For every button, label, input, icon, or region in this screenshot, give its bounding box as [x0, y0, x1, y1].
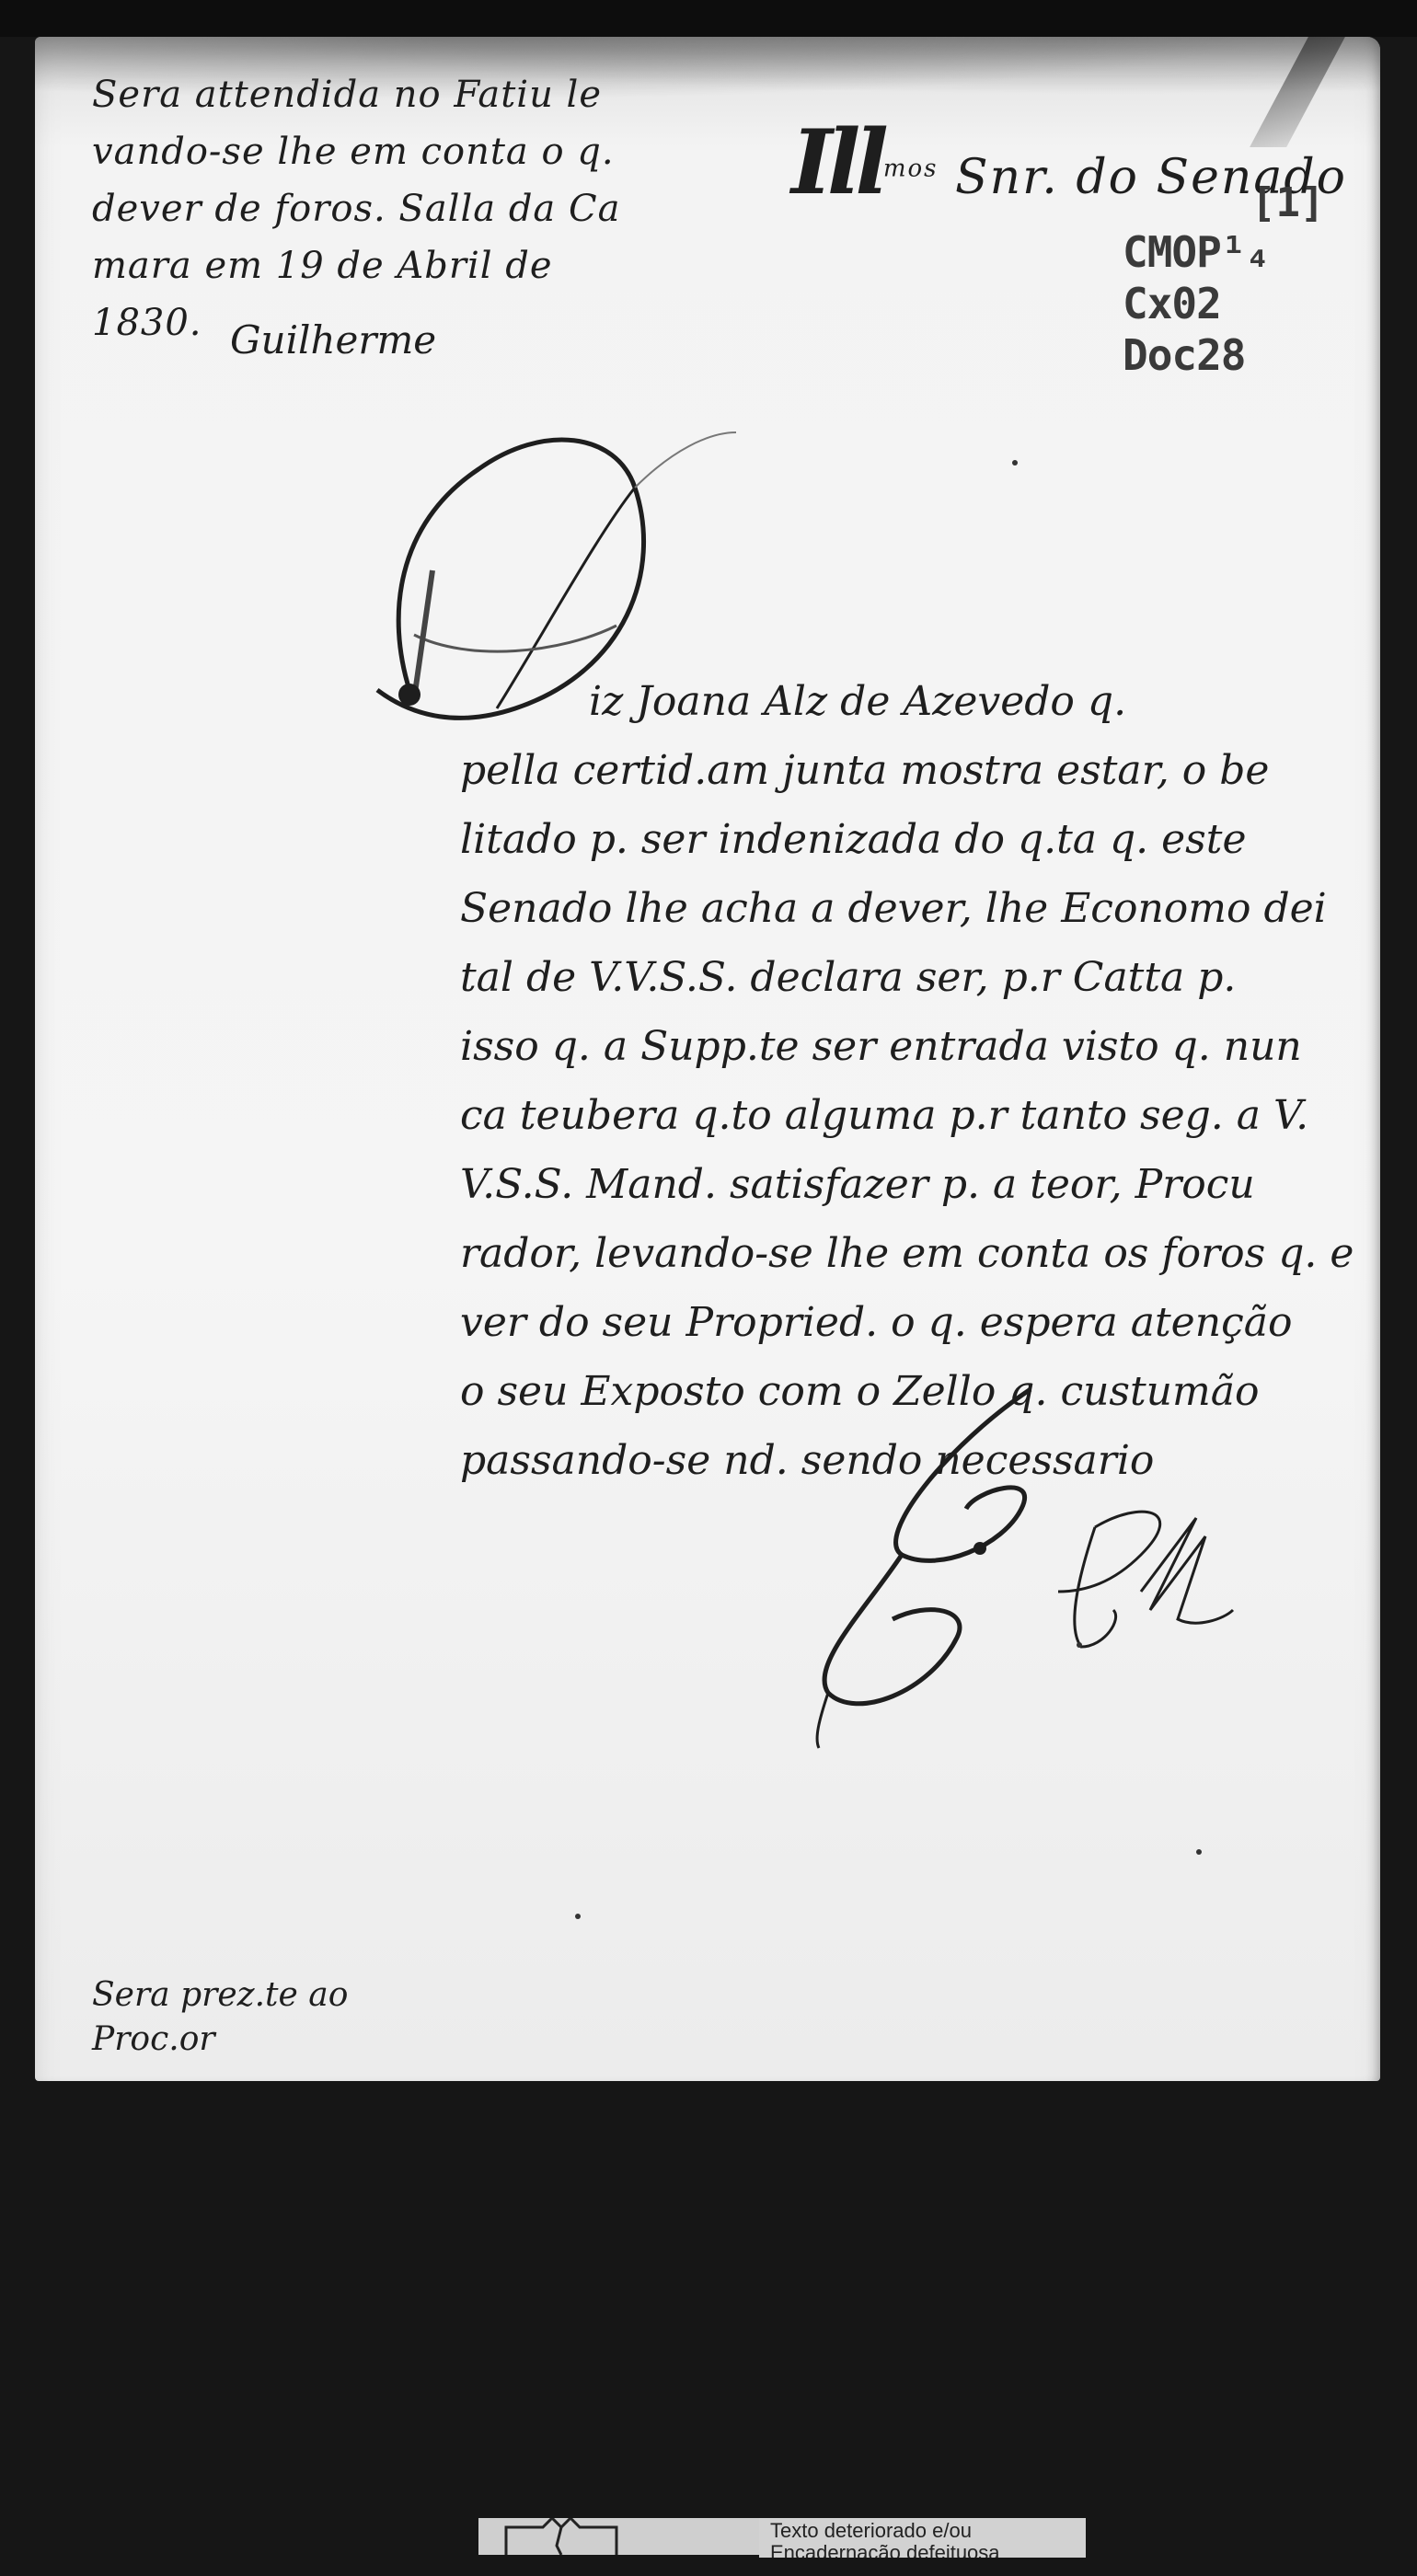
margin-note-signature: Guilherme	[230, 317, 436, 362]
broken-binding-icon	[478, 2518, 762, 2555]
archive-stamp: [1] CMOP¹₄ Cx02 Doc28	[1123, 179, 1324, 381]
microfilm-top-edge	[0, 0, 1417, 37]
margin-note-line: mara em 19 de Abril de	[92, 237, 620, 294]
footer-note-line: Proc.or	[92, 2018, 348, 2062]
body-line: ver do seu Propried. o q. espera atenção	[460, 1288, 1354, 1357]
margin-note-line: Sera attendida no Fatiu le	[92, 66, 620, 123]
paper-speck	[1012, 460, 1018, 466]
folio-number: [1]	[1251, 179, 1324, 226]
body-line: rador, levando-se lhe em conta os foros …	[460, 1219, 1354, 1288]
body-line: V.S.S. Mand. satisfazer p. a teor, Procu	[460, 1150, 1354, 1219]
salutation-superscript: mos	[883, 155, 939, 183]
margin-note-line: dever de foros. Salla da Ca	[92, 180, 620, 237]
paper-speck	[1196, 1849, 1202, 1855]
margin-note: Sera attendida no Fatiu le vando-se lhe …	[92, 66, 620, 351]
paper-speck	[575, 1914, 581, 1919]
label-text-box: Texto deteriorado e/ou Encadernação defe…	[759, 2518, 1086, 2559]
body-line: tal de V.V.S.S. declara ser, p.r Catta p…	[460, 943, 1354, 1012]
body-line: iz Joana Alz de Azevedo q.	[460, 667, 1354, 736]
label-line-1: Texto deteriorado e/ou	[770, 2520, 1000, 2542]
body-line: pella certid.am junta mostra estar, o be	[460, 736, 1354, 805]
body-line: Senado lhe acha a dever, lhe Economo dei	[460, 874, 1354, 943]
box-code: Cx02	[1123, 278, 1324, 329]
collection-code: CMOP¹₄	[1123, 226, 1324, 278]
salutation-initials: Ill	[791, 110, 883, 214]
footer-note-line: Sera prez.te ao	[92, 1973, 348, 2018]
body-line: litado p. ser indenizada do q.ta q. este	[460, 805, 1354, 874]
body-line: ca teubera q.to alguma p.r tanto seg. a …	[460, 1081, 1354, 1150]
microfilm-bottom-edge	[478, 2558, 1123, 2576]
margin-note-line: vando-se lhe em conta o q.	[92, 123, 620, 180]
doc-code: Doc28	[1123, 329, 1324, 381]
body-line: isso q. a Supp.te ser entrada visto q. n…	[460, 1012, 1354, 1081]
paper-speck	[1077, 1642, 1082, 1648]
footer-note: Sera prez.te ao Proc.or	[92, 1973, 348, 2062]
